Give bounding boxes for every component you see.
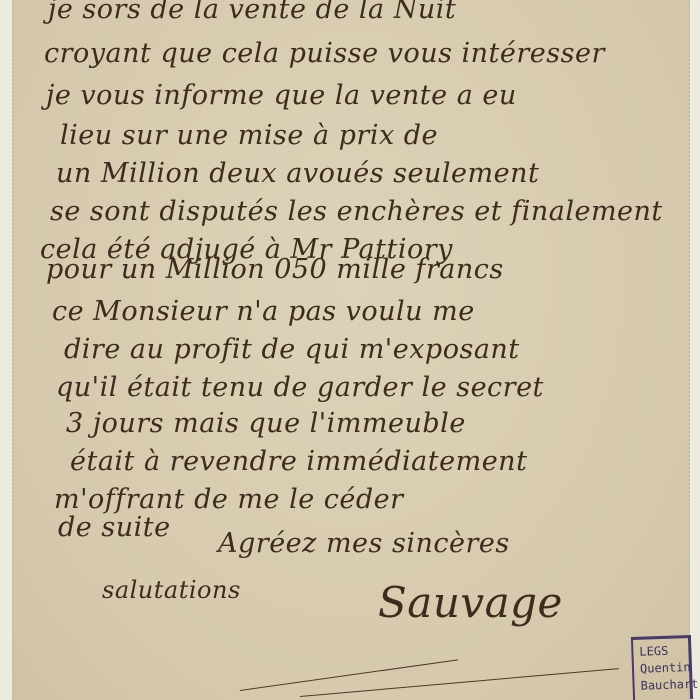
stamp-line: LEGS	[639, 642, 689, 661]
letter-line: croyant que cela puisse vous intéresser	[44, 38, 605, 69]
letter-line: 3 jours mais que l'immeuble	[66, 408, 466, 439]
letter-line: je sors de la vente de la Nuit	[48, 0, 456, 25]
letter-line: se sont disputés les enchères et finalem…	[50, 196, 663, 227]
letter-line: m'offrant de me le céder	[54, 484, 404, 515]
signature: Sauvage	[378, 578, 563, 627]
letter-line: je vous informe que la vente a eu	[46, 80, 517, 111]
letter-line: pour un Million 050 mille francs	[46, 254, 504, 285]
letter-line: un Million deux avoués seulement	[56, 158, 539, 189]
letter-line: ce Monsieur n'a pas voulu me	[52, 296, 475, 327]
letter-line: était à revendre immédiatement	[70, 446, 527, 477]
closing-line: Agréez mes sincères	[218, 528, 510, 559]
closing-line: salutations	[102, 576, 241, 604]
stamp-line: Bauchart	[640, 676, 690, 695]
letter-line: lieu sur une mise à prix de	[60, 120, 438, 151]
letter-line: de suite	[58, 512, 171, 543]
collection-stamp: LEGS Quentin Bauchart	[631, 635, 693, 700]
stamp-line: Quentin	[640, 659, 690, 678]
letter-line: qu'il était tenu de garder le secret	[56, 372, 544, 403]
letter-line: dire au profit de qui m'exposant	[64, 334, 520, 365]
